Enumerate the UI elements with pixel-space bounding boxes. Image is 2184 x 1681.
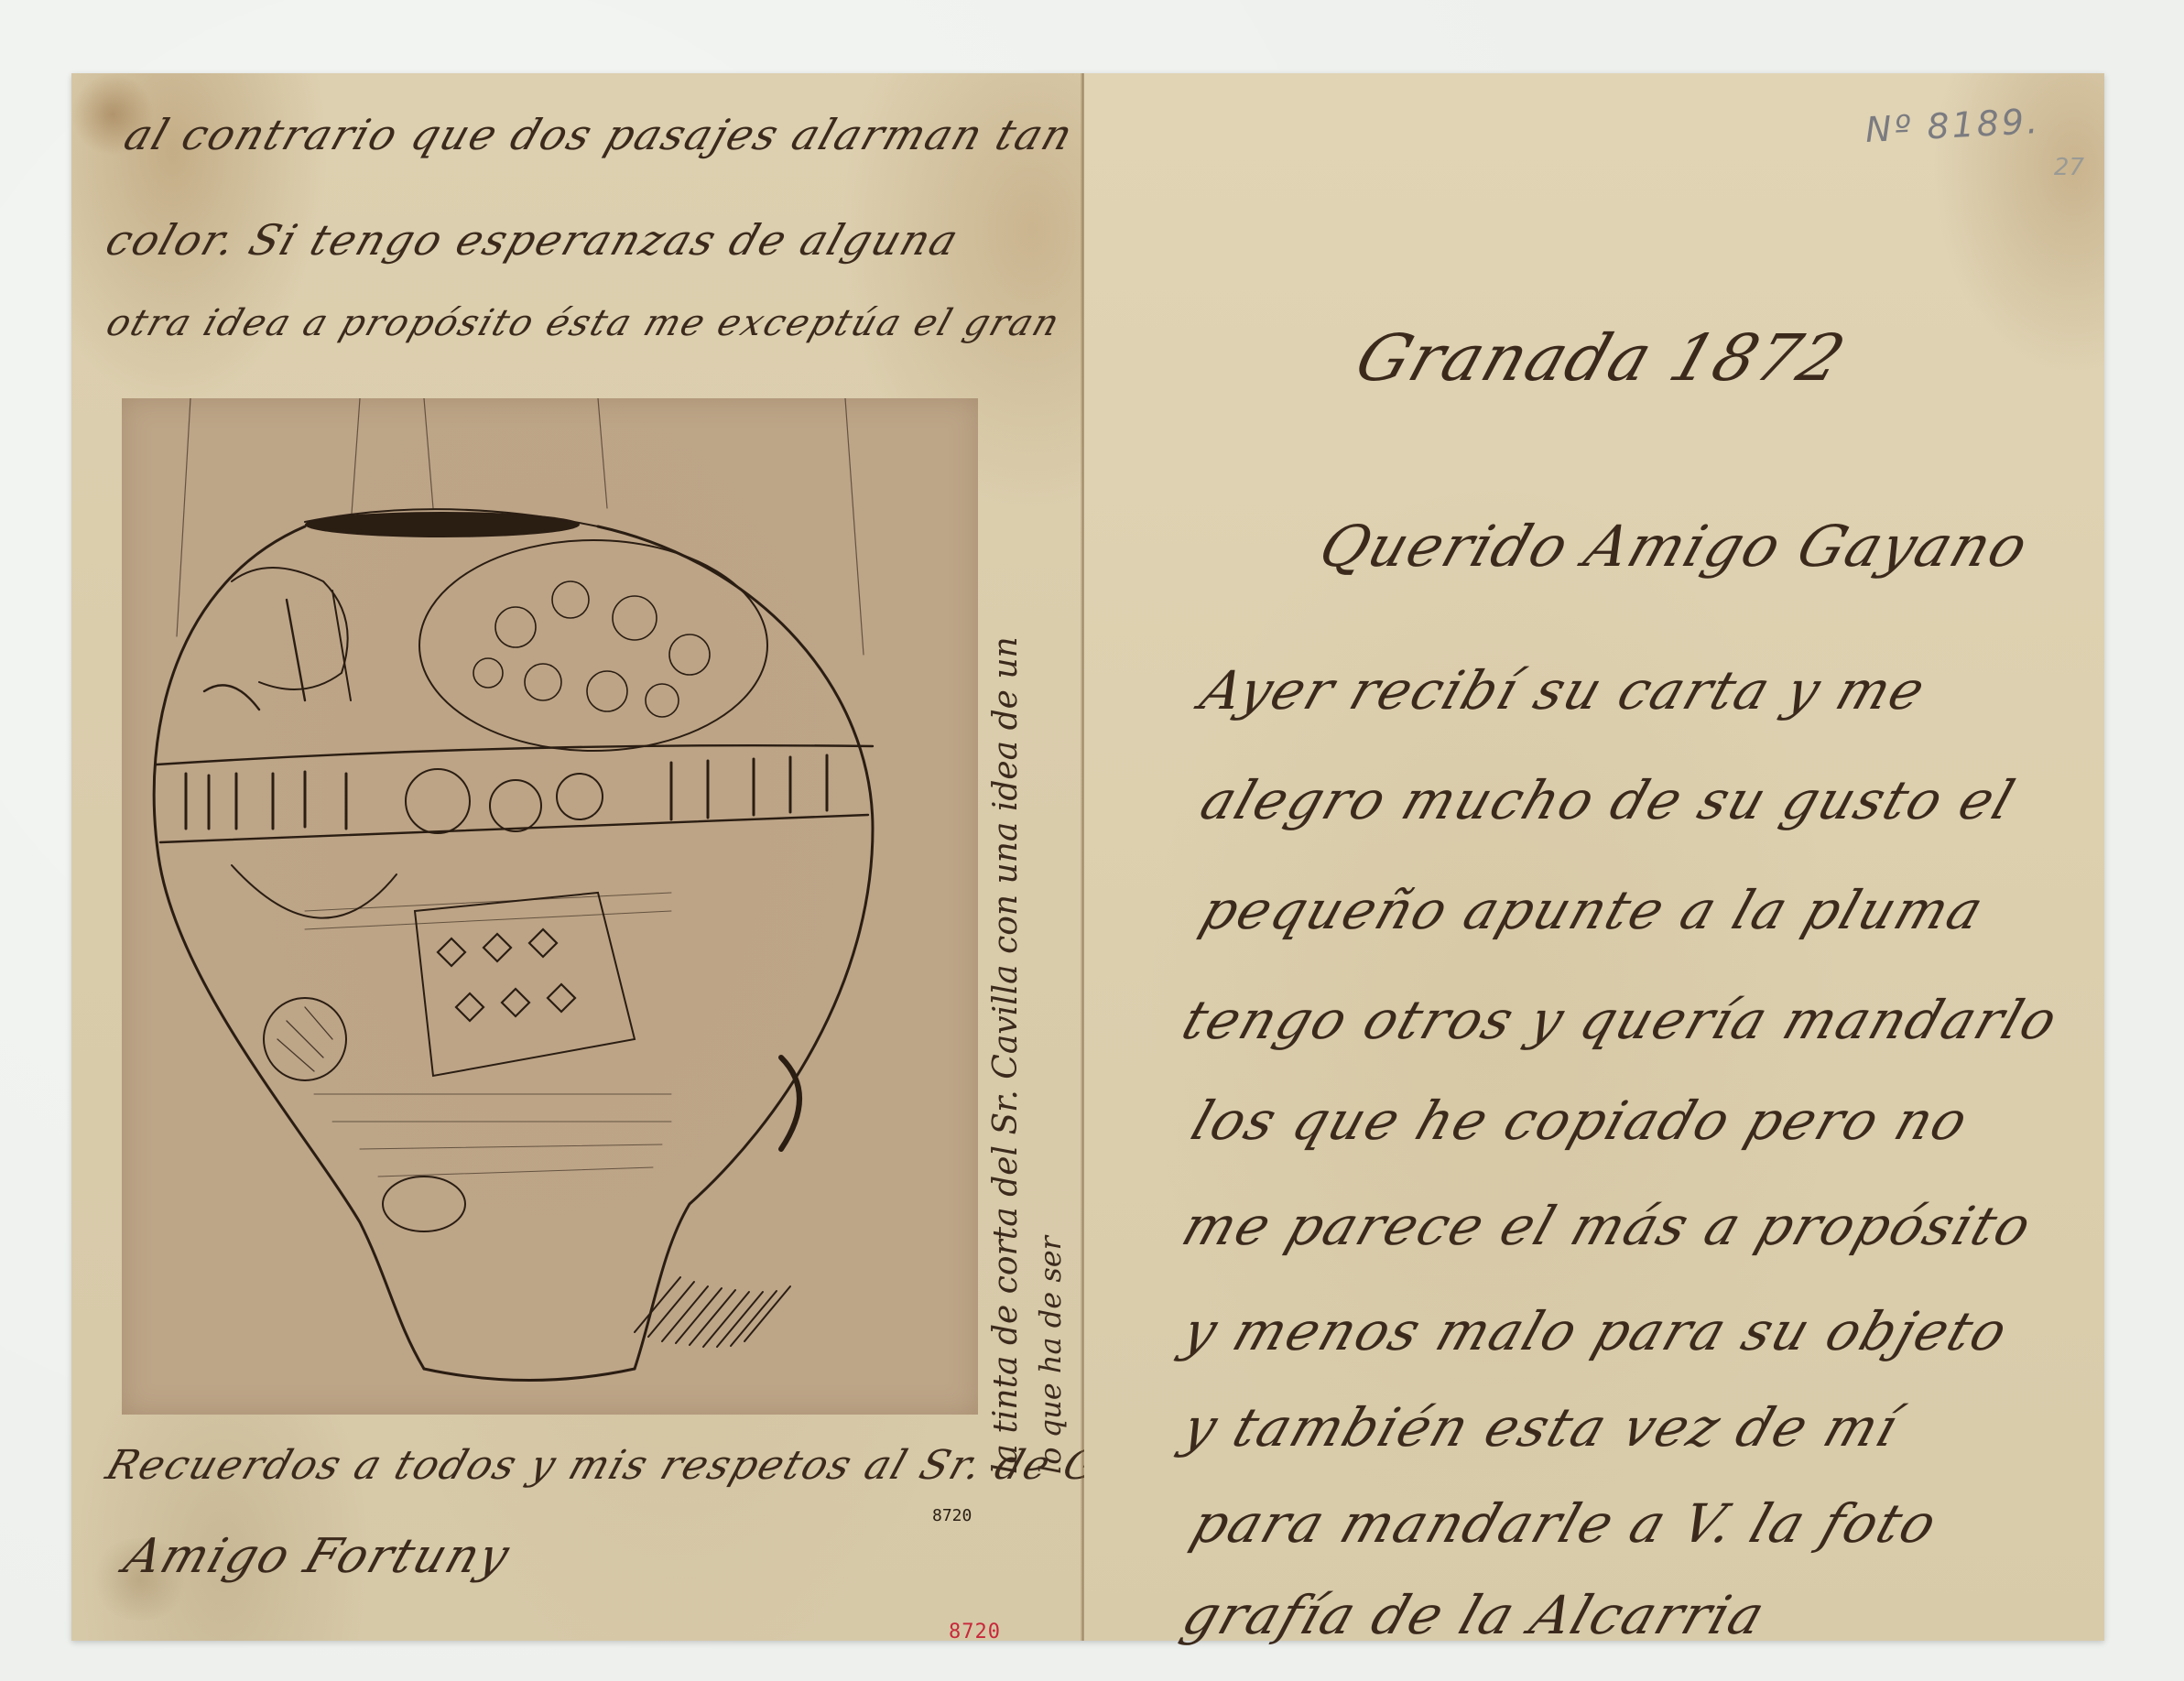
salutation: Querido Amigo Gayano bbox=[1311, 513, 2037, 580]
left-top-line-1: al contrario que dos pasajes alarman tan bbox=[118, 110, 1081, 159]
body-line-3: pequeño apunte a la pluma bbox=[1193, 879, 1993, 941]
drawing-catalog-label: 8720 bbox=[932, 1506, 972, 1525]
body-line-6: me parece el más a propósito bbox=[1175, 1195, 2040, 1257]
letter-sheet: al contrario que dos pasajes alarman tan… bbox=[71, 73, 2104, 1641]
vase-drawing bbox=[122, 398, 978, 1415]
pencil-secondary-number: 27 bbox=[2054, 154, 2084, 181]
body-line-4: tengo otros y quería mandarlo bbox=[1175, 989, 2067, 1051]
vertical-margin-line-1: la tinta de corta del Sr. Cavilla con un… bbox=[987, 636, 1025, 1474]
body-line-10: grafía de la Alcarria bbox=[1175, 1584, 1774, 1646]
body-line-8: y también esta vez de mí bbox=[1175, 1396, 1907, 1459]
left-top-line-2: color. Si tengo esperanzas de alguna bbox=[100, 215, 966, 265]
left-closing-line-1: Recuerdos a todos y mis respetos al Sr. … bbox=[101, 1442, 1211, 1489]
body-line-2: alegro mucho de su gusto el bbox=[1193, 769, 2024, 831]
left-signature: Amigo Fortuny bbox=[117, 1529, 517, 1584]
body-line-9: para mandarle a V. la foto bbox=[1184, 1492, 1946, 1555]
dateline: Granada 1872 bbox=[1347, 320, 1856, 396]
body-line-1: Ayer recibí su carta y me bbox=[1193, 659, 1934, 721]
vase-drawing-panel bbox=[122, 398, 978, 1415]
left-page: al contrario que dos pasajes alarman tan… bbox=[71, 73, 1083, 1641]
vertical-margin-line-2: lo que ha de ser bbox=[1033, 1236, 1068, 1474]
left-top-line-3: otra idea a propósito ésta me exceptúa e… bbox=[102, 302, 1067, 344]
right-page: Nº 8189. 27 Granada 1872 Querido Amigo G… bbox=[1084, 73, 2104, 1641]
body-line-7: y menos malo para su objeto bbox=[1175, 1300, 2016, 1362]
red-catalog-stamp: 8720 bbox=[949, 1621, 1001, 1643]
pencil-catalog-number: Nº 8189. bbox=[1864, 101, 2041, 150]
body-line-5: los que he copiado pero no bbox=[1184, 1090, 1977, 1152]
